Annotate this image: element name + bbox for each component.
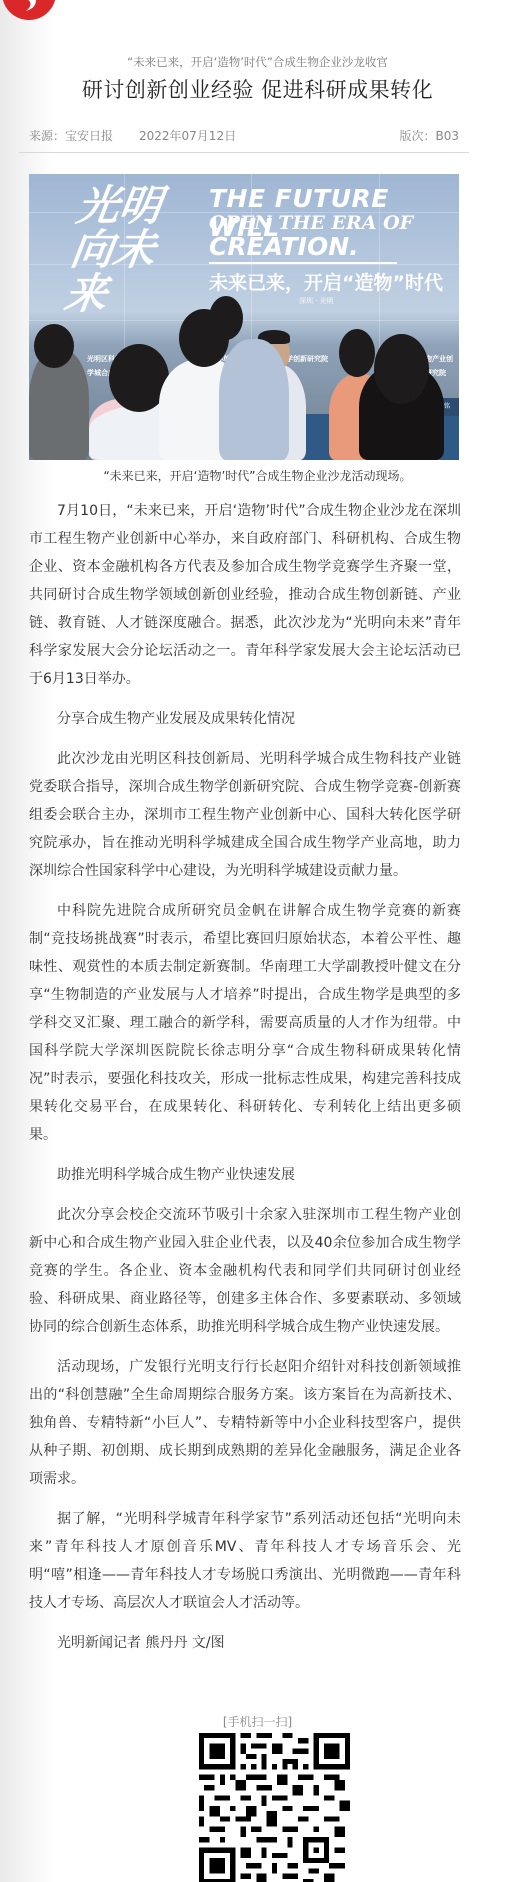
banner-english-2: OPEN THE ERA OF	[209, 212, 413, 234]
section-heading: 分享合成生物产业发展及成果转化情况	[29, 705, 461, 733]
source-label: 来源：宝安日报	[29, 127, 113, 144]
byline: 光明新闻记者 熊丹丹 文/图	[29, 1629, 461, 1657]
divider	[19, 152, 469, 153]
audience-head	[34, 324, 74, 368]
logo-swoosh-icon	[16, 0, 40, 12]
article-photo: 光明向未来 THE FUTURE WILL OPEN THE ERA OF CR…	[29, 174, 459, 460]
audience-person	[219, 339, 289, 460]
article-meta: 来源：宝安日报 2022年07月12日 版次：B03	[29, 127, 459, 147]
article-title: 研讨创新创业经验 促进科研成果转化	[0, 74, 515, 104]
paragraph: 中科院先进院合成所研究员金帆在讲解合成生物学竞赛的新赛制“竞技场挑战赛”时表示，…	[29, 897, 461, 1149]
publish-date: 2022年07月12日	[139, 127, 236, 144]
section-heading: 助推光明科学城合成生物产业快速发展	[29, 1161, 461, 1189]
paragraph: 此次沙龙由光明区科技创新局、光明科学城合成生物科技产业链党委联合指导，深圳合成生…	[29, 745, 461, 885]
qr-code-icon[interactable]	[199, 1733, 350, 1882]
banner-place: 深圳 · 光明	[299, 296, 334, 306]
paragraph: 此次分享会校企交流环节吸引十余家入驻深圳市工程生物产业创新中心和合成生物产业园入…	[29, 1201, 461, 1341]
banner-rule	[209, 262, 397, 264]
banner-english-3: CREATION.	[209, 232, 359, 261]
calligraphy-logo: 光明向未来	[62, 184, 191, 316]
article-subtitle: “未来已来，开启‘造物’时代”合成生物企业沙龙收官	[0, 54, 515, 70]
paragraph: 7月10日，“未来已来，开启‘造物’时代”合成生物企业沙龙在深圳市工程生物产业创…	[29, 497, 461, 693]
photo-caption: “未来已来，开启‘造物’时代”合成生物企业沙龙活动现场。	[0, 467, 515, 484]
screen-grid	[29, 320, 459, 321]
paragraph: 据了解，“光明科学城青年科学家节”系列活动还包括“光明向未来”青年科技人才原创音…	[29, 1505, 461, 1617]
audience-head	[339, 329, 375, 377]
audience-head	[374, 334, 429, 404]
audience-head	[209, 296, 243, 340]
banner-slogan: 未来已来，开启“造物”时代	[209, 268, 443, 295]
edition-label: 版次：B03	[399, 127, 459, 144]
paragraph: 活动现场，广发银行光明支行行长赵阳介绍针对科技创新领域推出的“科创慧融”全生命周…	[29, 1353, 461, 1493]
site-logo[interactable]	[2, 0, 56, 20]
article-body: 7月10日，“未来已来，开启‘造物’时代”合成生物企业沙龙在深圳市工程生物产业创…	[29, 497, 461, 1669]
qr-label: [手机扫一扫]	[0, 1713, 515, 1730]
